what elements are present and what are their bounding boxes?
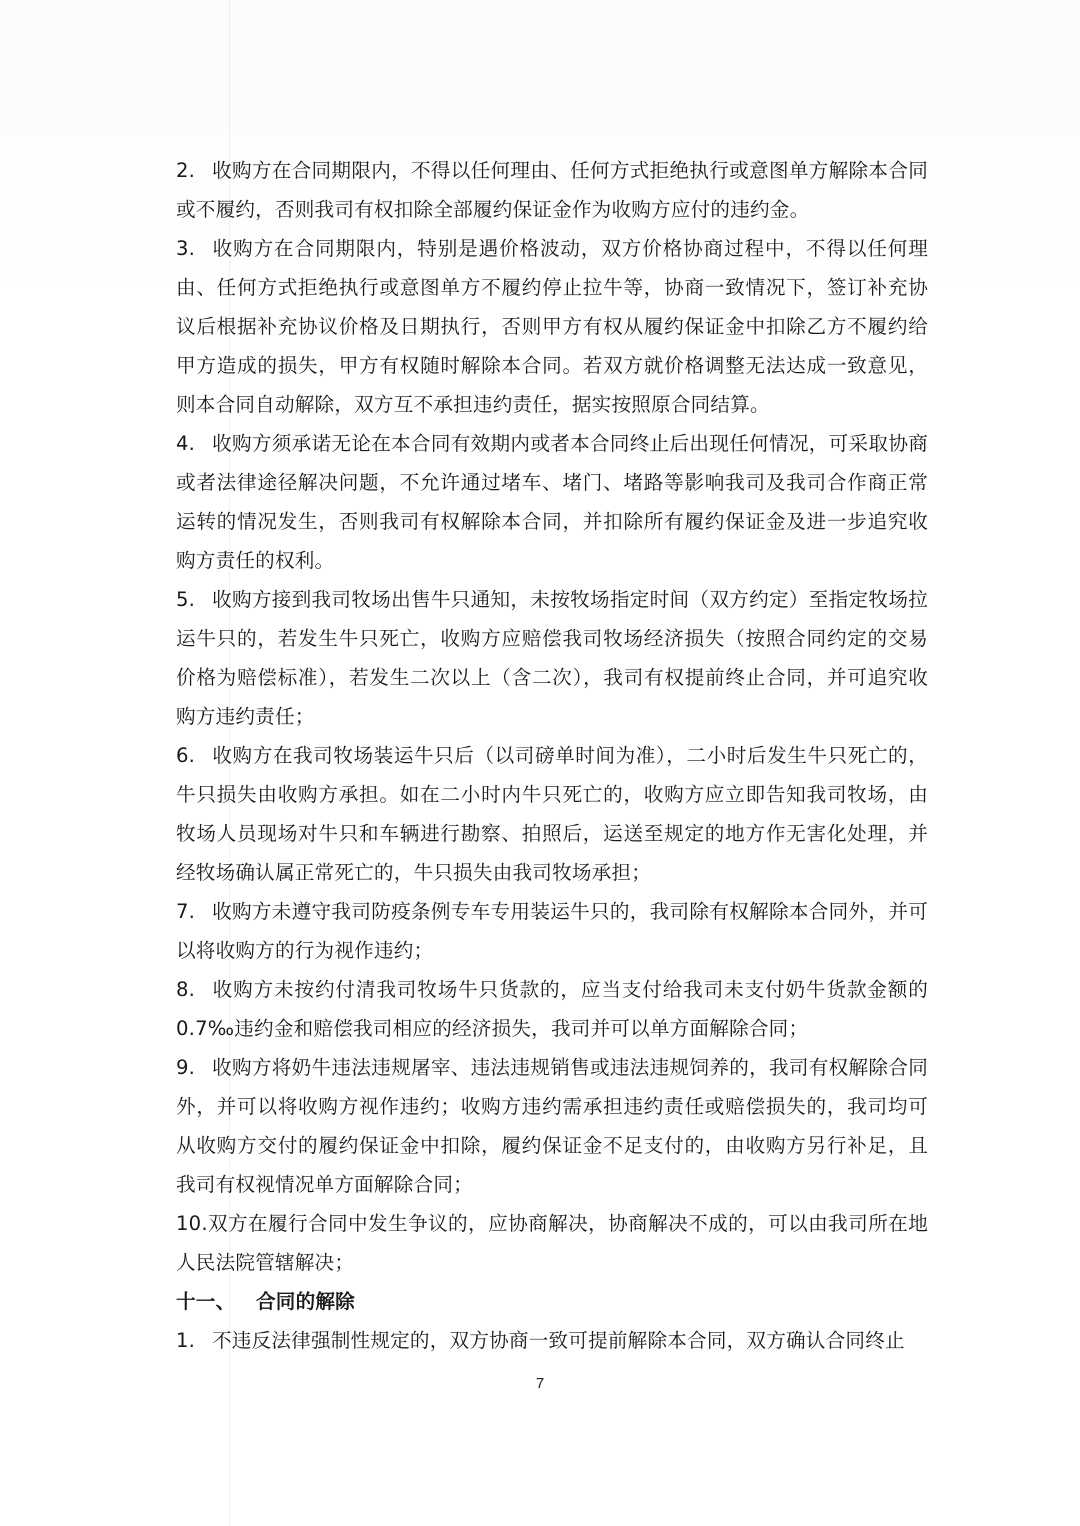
clause-text: 不违反法律强制性规定的，双方协商一致可提前解除本合同，双方确认合同终止 bbox=[212, 1329, 905, 1352]
clause-number: 2. bbox=[176, 151, 212, 190]
clause-text: 收购方在合同期限内，不得以任何理由、任何方式拒绝执行或意图单方解除本合同或不履约… bbox=[176, 159, 928, 221]
section-title: 合同的解除 bbox=[256, 1290, 355, 1313]
clause-number: 4. bbox=[176, 424, 212, 463]
clause-5: 5.收购方接到我司牧场出售牛只通知，未按牧场指定时间（双方约定）至指定牧场拉运牛… bbox=[176, 580, 928, 736]
clause-text: 收购方未按约付清我司牧场牛只货款的，应当支付给我司未支付奶牛货款金额的0.7‰违… bbox=[176, 978, 928, 1040]
clause-text: 收购方在合同期限内，特别是遇价格波动，双方价格协商过程中，不得以任何理由、任何方… bbox=[176, 237, 928, 416]
clause-text: 收购方须承诺无论在本合同有效期内或者本合同终止后出现任何情况，可采取协商或者法律… bbox=[176, 432, 928, 572]
clause-number: 10. bbox=[176, 1204, 208, 1243]
clause-text: 收购方将奶牛违法违规屠宰、违法违规销售或违法违规饲养的，我司有权解除合同外，并可… bbox=[176, 1056, 928, 1196]
clause-2: 2.收购方在合同期限内，不得以任何理由、任何方式拒绝执行或意图单方解除本合同或不… bbox=[176, 151, 928, 229]
section-number: 十一、 bbox=[176, 1282, 256, 1321]
section-heading: 十一、合同的解除 bbox=[176, 1282, 928, 1321]
clause-4: 4.收购方须承诺无论在本合同有效期内或者本合同终止后出现任何情况，可采取协商或者… bbox=[176, 424, 928, 580]
clause-number: 7. bbox=[176, 892, 212, 931]
document-page: 2.收购方在合同期限内，不得以任何理由、任何方式拒绝执行或意图单方解除本合同或不… bbox=[0, 0, 1080, 1526]
clause-number: 9. bbox=[176, 1048, 212, 1087]
clause-text: 收购方未遵守我司防疫条例专车专用装运牛只的，我司除有权解除本合同外，并可以将收购… bbox=[176, 900, 928, 962]
clause-10: 10.双方在履行合同中发生争议的，应协商解决，协商解决不成的，可以由我司所在地人… bbox=[176, 1204, 928, 1282]
clause-6: 6.收购方在我司牧场装运牛只后（以司磅单时间为准），二小时后发生牛只死亡的，牛只… bbox=[176, 736, 928, 892]
clause-9: 9.收购方将奶牛违法违规屠宰、违法违规销售或违法违规饲养的，我司有权解除合同外，… bbox=[176, 1048, 928, 1204]
clause-number: 3. bbox=[176, 229, 212, 268]
clause-7: 7.收购方未遵守我司防疫条例专车专用装运牛只的，我司除有权解除本合同外，并可以将… bbox=[176, 892, 928, 970]
clause-number: 8. bbox=[176, 970, 212, 1009]
clause-number: 5. bbox=[176, 580, 212, 619]
page-number: 7 bbox=[0, 1375, 1080, 1392]
clause-3: 3.收购方在合同期限内，特别是遇价格波动，双方价格协商过程中，不得以任何理由、任… bbox=[176, 229, 928, 424]
clause-number: 1. bbox=[176, 1321, 212, 1360]
clause-text: 收购方接到我司牧场出售牛只通知，未按牧场指定时间（双方约定）至指定牧场拉运牛只的… bbox=[176, 588, 928, 728]
clause-number: 6. bbox=[176, 736, 212, 775]
document-body: 2.收购方在合同期限内，不得以任何理由、任何方式拒绝执行或意图单方解除本合同或不… bbox=[176, 151, 928, 1360]
clause-8: 8.收购方未按约付清我司牧场牛只货款的，应当支付给我司未支付奶牛货款金额的0.7… bbox=[176, 970, 928, 1048]
section-clause-1: 1.不违反法律强制性规定的，双方协商一致可提前解除本合同，双方确认合同终止 bbox=[176, 1321, 928, 1360]
clause-text: 收购方在我司牧场装运牛只后（以司磅单时间为准），二小时后发生牛只死亡的，牛只损失… bbox=[176, 744, 928, 884]
clause-text: 双方在履行合同中发生争议的，应协商解决，协商解决不成的，可以由我司所在地人民法院… bbox=[176, 1212, 928, 1274]
